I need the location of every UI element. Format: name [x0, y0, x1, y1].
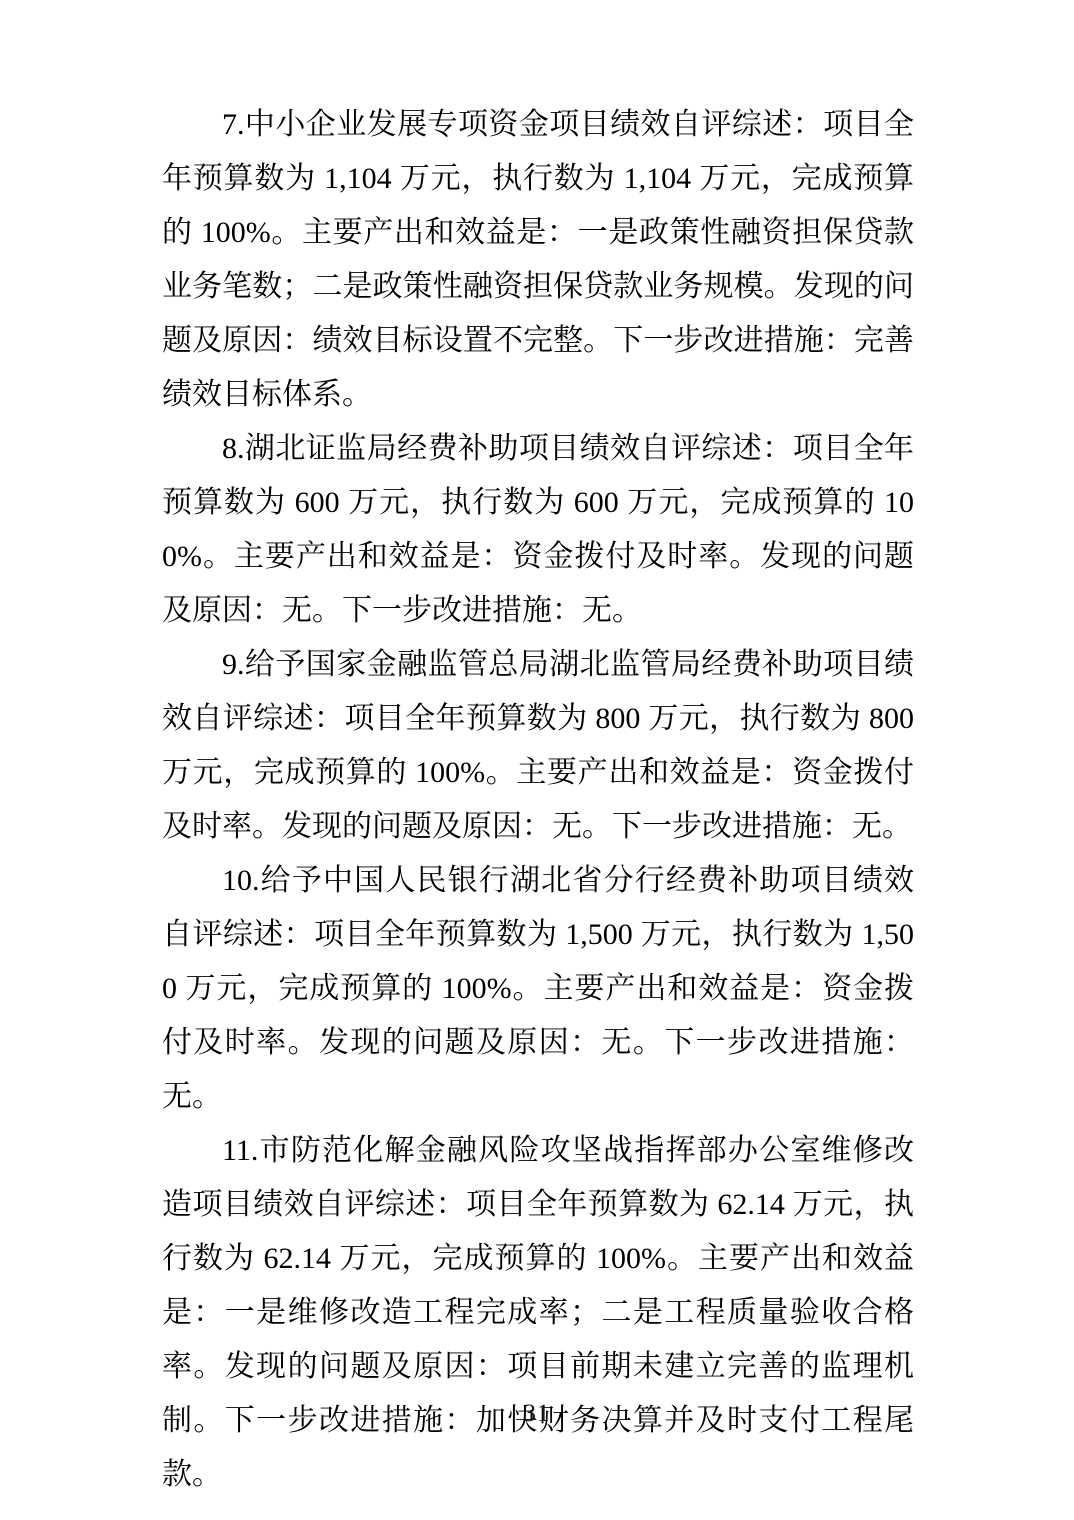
page-footer: 31	[0, 1400, 1074, 1428]
paragraph-item-7: 7.中小企业发展专项资金项目绩效自评综述：项目全年预算数为 1,104 万元，执…	[162, 98, 914, 422]
paragraph-item-11: 11.市防范化解金融风险攻坚战指挥部办公室维修改造项目绩效自评综述：项目全年预算…	[162, 1124, 914, 1502]
paragraph-item-10: 10.给予中国人民银行湖北省分行经费补助项目绩效自评综述：项目全年预算数为 1,…	[162, 854, 914, 1124]
paragraph-item-9: 9.给予国家金融监管总局湖北监管局经费补助项目绩效自评综述：项目全年预算数为 8…	[162, 638, 914, 854]
document-body: 7.中小企业发展专项资金项目绩效自评综述：项目全年预算数为 1,104 万元，执…	[162, 98, 914, 1502]
page-number: 31	[524, 1400, 551, 1427]
paragraph-item-8: 8.湖北证监局经费补助项目绩效自评综述：项目全年预算数为 600 万元，执行数为…	[162, 422, 914, 638]
document-page: 7.中小企业发展专项资金项目绩效自评综述：项目全年预算数为 1,104 万元，执…	[0, 0, 1074, 1520]
